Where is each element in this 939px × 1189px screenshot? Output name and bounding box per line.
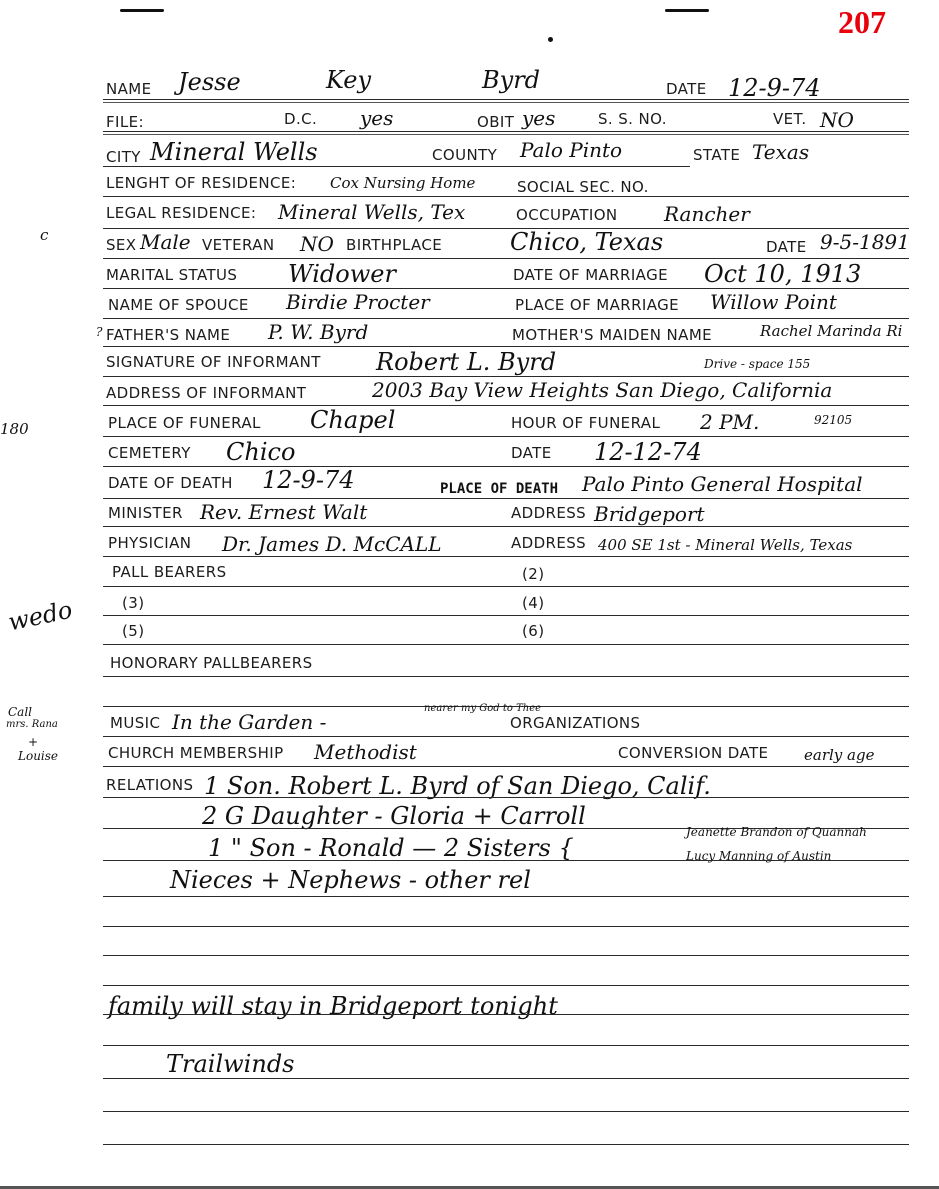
birth-date-value: 9-5-1891 [820, 232, 910, 252]
rule-spouse [103, 318, 909, 319]
rule-blank-2 [103, 955, 909, 956]
place-of-funeral-value: Chapel [310, 408, 395, 432]
rule-name [103, 99, 909, 100]
rule-relations-1 [103, 797, 909, 798]
legal-residence-value: Mineral Wells, Tex [278, 202, 465, 222]
rule-file [103, 131, 909, 132]
relations-label: RELATIONS [106, 776, 193, 794]
pall-bearers-label: PALL BEARERS [112, 563, 227, 581]
relations-line-4: Nieces + Nephews - other rel [170, 868, 531, 892]
date-of-marriage-label: DATE OF MARRIAGE [513, 266, 668, 284]
organizations-label: ORGANIZATIONS [510, 714, 640, 732]
sister-1: Jeanette Brandon of Quannah [686, 826, 867, 838]
informant-signature-note: Drive - space 155 [704, 358, 810, 370]
rule-honorary [103, 676, 909, 677]
informant-address-value: 2003 Bay View Heights San Diego, Califor… [372, 380, 832, 400]
pall-bearer-slot-4: (4) [522, 594, 544, 612]
conversion-date-label: CONVERSION DATE [618, 744, 768, 762]
rule-physician [103, 556, 909, 557]
date-of-marriage-value: Oct 10, 1913 [704, 262, 861, 286]
physician-value: Dr. James D. McCALL [222, 534, 442, 554]
rule-funeral [103, 436, 909, 437]
cemetery-value: Chico [226, 440, 295, 464]
spouse-label: NAME OF SPOUCE [108, 296, 249, 314]
name-first: Jesse [178, 70, 241, 94]
mother-label: MOTHER'S MAIDEN NAME [512, 326, 712, 344]
informant-address-label: ADDRESS OF INFORMANT [106, 384, 306, 402]
obit-label: OBIT [477, 113, 514, 131]
call-note-2: mrs. Rana [6, 720, 58, 730]
name-label: NAME [106, 80, 152, 98]
minister-address-label: ADDRESS [511, 504, 586, 522]
minister-address-value: Bridgeport [594, 504, 705, 524]
date-value: 12-9-74 [728, 76, 821, 100]
rule-informant-address [103, 405, 909, 406]
obit-value: yes [522, 108, 555, 128]
rule-blank-5 [103, 1045, 909, 1046]
mother-value: Rachel Marinda Ri [760, 324, 902, 339]
call-note-1: Call [8, 706, 32, 718]
rule-church [103, 766, 909, 767]
relations-line-1: 1 Son. Robert L. Byrd of San Diego, Cali… [204, 774, 711, 798]
social-sec-label: SOCIAL SEC. NO. [517, 178, 649, 196]
rule-blank-4 [103, 1014, 909, 1015]
rule-cemetery [103, 466, 909, 467]
spouse-value: Birdie Procter [286, 292, 430, 312]
state-value: Texas [752, 142, 809, 162]
rule-blank-3 [103, 985, 909, 986]
minister-value: Rev. Ernest Walt [200, 502, 367, 522]
rule-legal [103, 228, 909, 229]
top-mark-right [665, 9, 709, 12]
ss-no-label: S. S. NO. [598, 110, 667, 128]
margin-question-mark: ? [96, 326, 102, 338]
birthplace-value: Chico, Texas [510, 230, 663, 254]
funeral-date-label: DATE [511, 444, 552, 462]
page-number: 207 [838, 4, 886, 41]
dc-label: D.C. [284, 110, 317, 128]
relations-line-3: 1 " Son - Ronald — 2 Sisters { [208, 836, 574, 860]
rule-father [103, 346, 909, 347]
place-of-marriage-label: PLACE OF MARRIAGE [515, 296, 679, 314]
music-value-2: nearer my God to Thee [424, 704, 541, 714]
hour-of-funeral-value: 2 PM. [700, 412, 759, 432]
county-value: Palo Pinto [520, 140, 622, 160]
rule-pall-2 [103, 615, 909, 616]
sex-value: Male [140, 232, 191, 252]
veteran-value: NO [300, 234, 334, 254]
informant-signature-label: SIGNATURE OF INFORMANT [106, 353, 321, 371]
honorary-pallbearers-label: HONORARY PALLBEARERS [110, 654, 313, 672]
top-mark-left [120, 9, 164, 12]
pall-bearer-slot-5: (5) [122, 622, 144, 640]
rule-pall-1 [103, 586, 909, 587]
rule-relations-3 [103, 860, 909, 861]
rule-marital [103, 288, 909, 289]
state-label: STATE [693, 146, 740, 164]
rule-sex [103, 258, 909, 259]
pall-bearer-slot-6: (6) [522, 622, 544, 640]
rule-death [103, 498, 909, 499]
veteran-label: VETERAN [202, 236, 274, 254]
date-of-death-label: DATE OF DEATH [108, 474, 233, 492]
physician-address-label: ADDRESS [511, 534, 586, 552]
father-label: FATHER'S NAME [106, 326, 230, 344]
length-residence-label: LENGHT OF RESIDENCE: [106, 174, 296, 192]
physician-label: PHYSICIAN [108, 534, 191, 552]
rule-blank-8 [103, 1144, 909, 1145]
occupation-label: OCCUPATION [516, 206, 618, 224]
rule-blank-7 [103, 1111, 909, 1112]
date-label: DATE [666, 80, 707, 98]
length-residence-value: Cox Nursing Home [330, 176, 475, 191]
county-label: COUNTY [432, 146, 497, 164]
marital-status-value: Widower [288, 262, 396, 286]
cemetery-label: CEMETERY [108, 444, 191, 462]
rule-blank-6 [103, 1078, 909, 1079]
vet-label: VET. [773, 110, 807, 128]
birth-date-label: DATE [766, 238, 807, 256]
margin-wedo: wedo [6, 598, 74, 635]
call-note-4: Louise [18, 750, 58, 762]
date-of-death-value: 12-9-74 [262, 468, 355, 492]
note-trailwinds: Trailwinds [166, 1052, 295, 1076]
informant-signature-value: Robert L. Byrd [376, 350, 556, 374]
vet-value: NO [820, 110, 854, 130]
place-of-marriage-value: Willow Point [710, 292, 837, 312]
pall-bearer-slot-3: (3) [122, 594, 144, 612]
margin-number: 180 [0, 422, 29, 437]
sex-label: SEX [106, 236, 136, 254]
rule-pall-3 [103, 644, 909, 645]
relations-line-2: 2 G Daughter - Gloria + Carroll [202, 804, 586, 828]
rule-residence [103, 196, 909, 197]
church-membership-label: CHURCH MEMBERSHIP [108, 744, 284, 762]
name-last: Byrd [482, 68, 540, 92]
rule-city [103, 166, 690, 167]
rule-signature [103, 376, 909, 377]
call-note-3: + [28, 736, 38, 748]
rule-music [103, 736, 909, 737]
funeral-record-page: 207 NAME Jesse Key Byrd DATE 12-9-74 FIL… [0, 0, 939, 1189]
rule-blank-1 [103, 926, 909, 927]
father-value: P. W. Byrd [268, 322, 368, 342]
church-membership-value: Methodist [314, 742, 417, 762]
funeral-date-value: 12-12-74 [594, 440, 702, 464]
occupation-value: Rancher [664, 204, 750, 224]
music-value: In the Garden - [172, 712, 326, 732]
hour-of-funeral-label: HOUR OF FUNERAL [511, 414, 660, 432]
place-of-death-value: Palo Pinto General Hospital [582, 474, 863, 494]
city-value: Mineral Wells [150, 140, 318, 164]
minister-label: MINISTER [108, 504, 183, 522]
informant-zip: 92105 [814, 414, 852, 426]
legal-residence-label: LEGAL RESIDENCE: [106, 204, 256, 222]
rule-relations-4 [103, 896, 909, 897]
physician-address-value: 400 SE 1st - Mineral Wells, Texas [598, 538, 852, 553]
place-of-death-label: PLACE OF DEATH [440, 480, 558, 498]
city-label: CITY [106, 148, 141, 166]
pall-bearer-slot-2: (2) [522, 565, 544, 583]
name-middle: Key [326, 68, 371, 92]
marital-status-label: MARITAL STATUS [106, 266, 237, 284]
birthplace-label: BIRTHPLACE [346, 236, 442, 254]
margin-c-mark: c [40, 228, 48, 243]
place-of-funeral-label: PLACE OF FUNERAL [108, 414, 261, 432]
music-label: MUSIC [110, 714, 160, 732]
dc-value: yes [360, 108, 393, 128]
top-dot [548, 37, 553, 42]
file-label: FILE: [106, 113, 144, 131]
rule-minister [103, 526, 909, 527]
conversion-date-value: early age [804, 748, 874, 763]
